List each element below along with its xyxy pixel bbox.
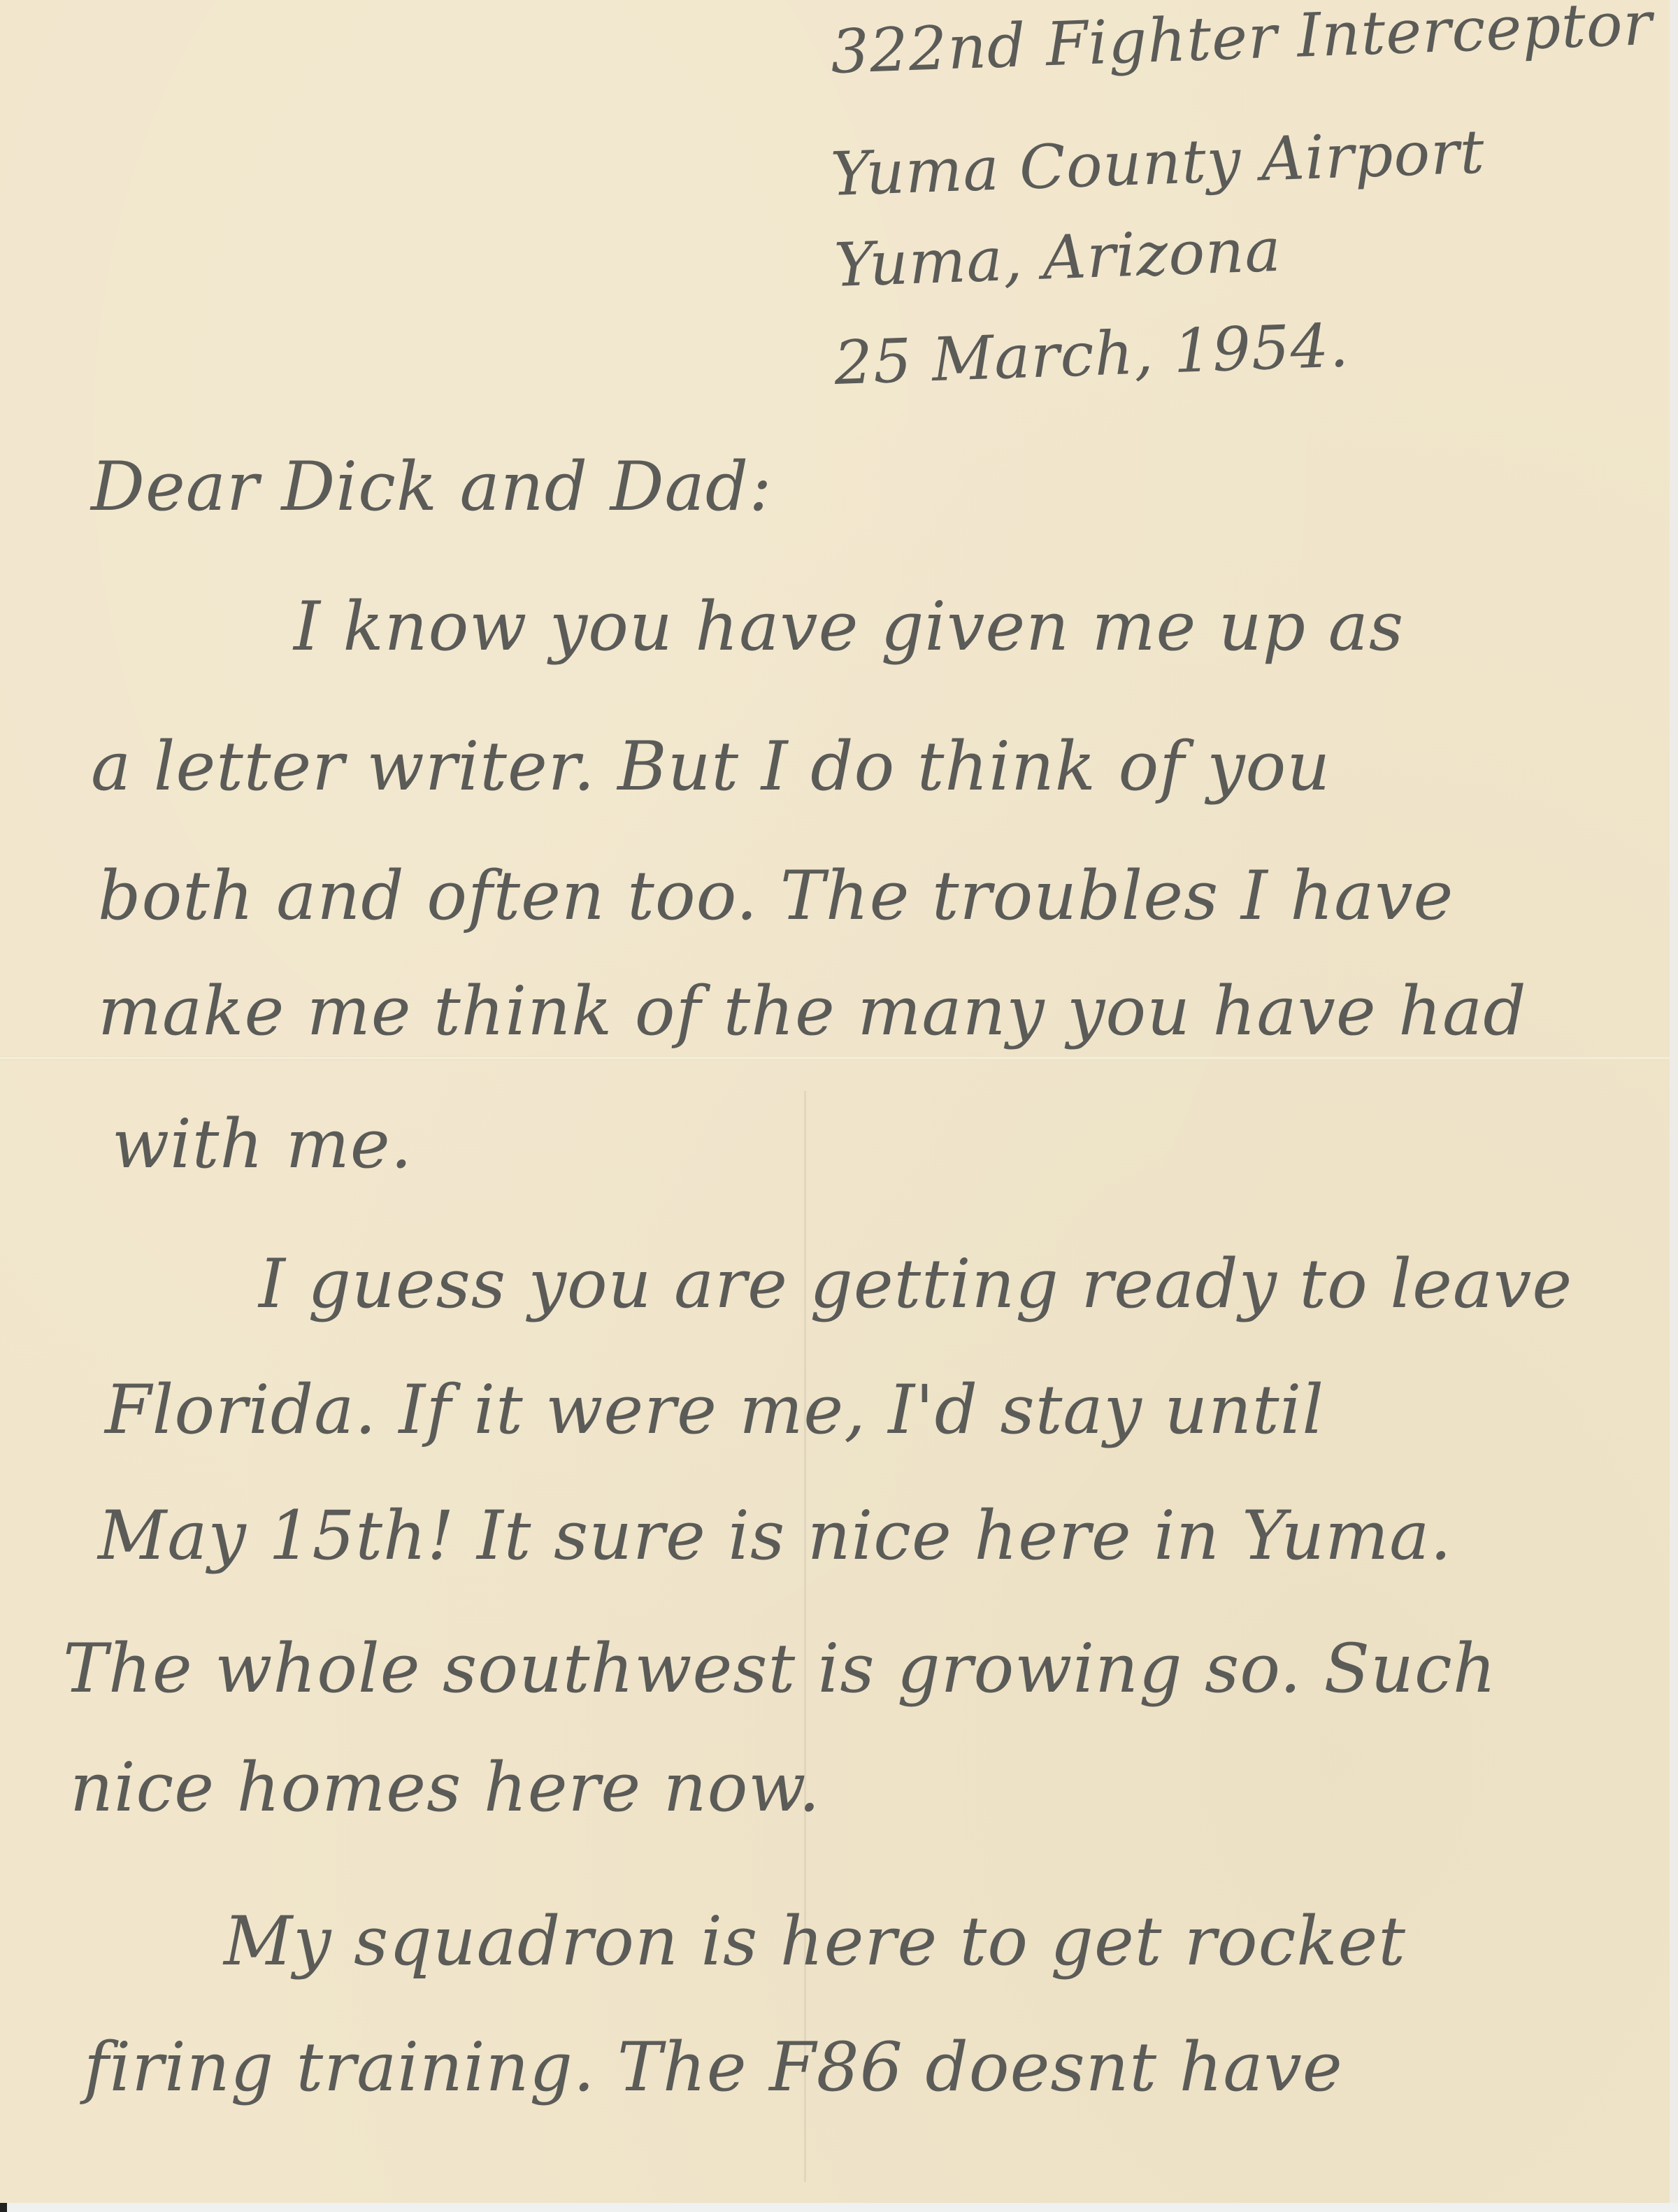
body-line: I guess you are getting ready to leave (259, 1245, 1572, 1323)
header-line-location: Yuma County Airport (830, 117, 1486, 210)
body-line: nice homes here now. (70, 1748, 821, 1827)
scan-edge-bottom (0, 2203, 1678, 2212)
scan-edge-right (1670, 0, 1678, 2212)
header-line-unit: 322nd Fighter Interceptor Sq. (830, 0, 1678, 87)
body-line: Florida. If it were me, I'd stay until (105, 1371, 1324, 1449)
body-line: firing training. The F86 doesnt have (84, 2028, 1343, 2106)
body-line: a letter writer. But I do think of you (91, 727, 1331, 806)
body-line: I know you have given me up as (294, 587, 1404, 666)
paper-fold-horizontal (0, 1056, 1670, 1060)
body-line: make me think of the many you have had (98, 972, 1527, 1050)
salutation: Dear Dick and Dad: (91, 448, 773, 526)
header-line-city: Yuma, Arizona (833, 215, 1283, 301)
header-line-date: 25 March, 1954. (833, 311, 1351, 399)
body-line: May 15th! It sure is nice here in Yuma. (98, 1497, 1452, 1575)
letter-page: 322nd Fighter Interceptor Sq. Yuma Count… (0, 0, 1670, 2203)
body-line: both and often too. The troubles I have (98, 857, 1454, 935)
body-line: My squadron is here to get rocket (224, 1902, 1406, 1981)
body-line: The whole southwest is growing so. Such (63, 1629, 1497, 1708)
body-line: with me. (112, 1105, 413, 1183)
scan-edge-corner (0, 2203, 7, 2212)
